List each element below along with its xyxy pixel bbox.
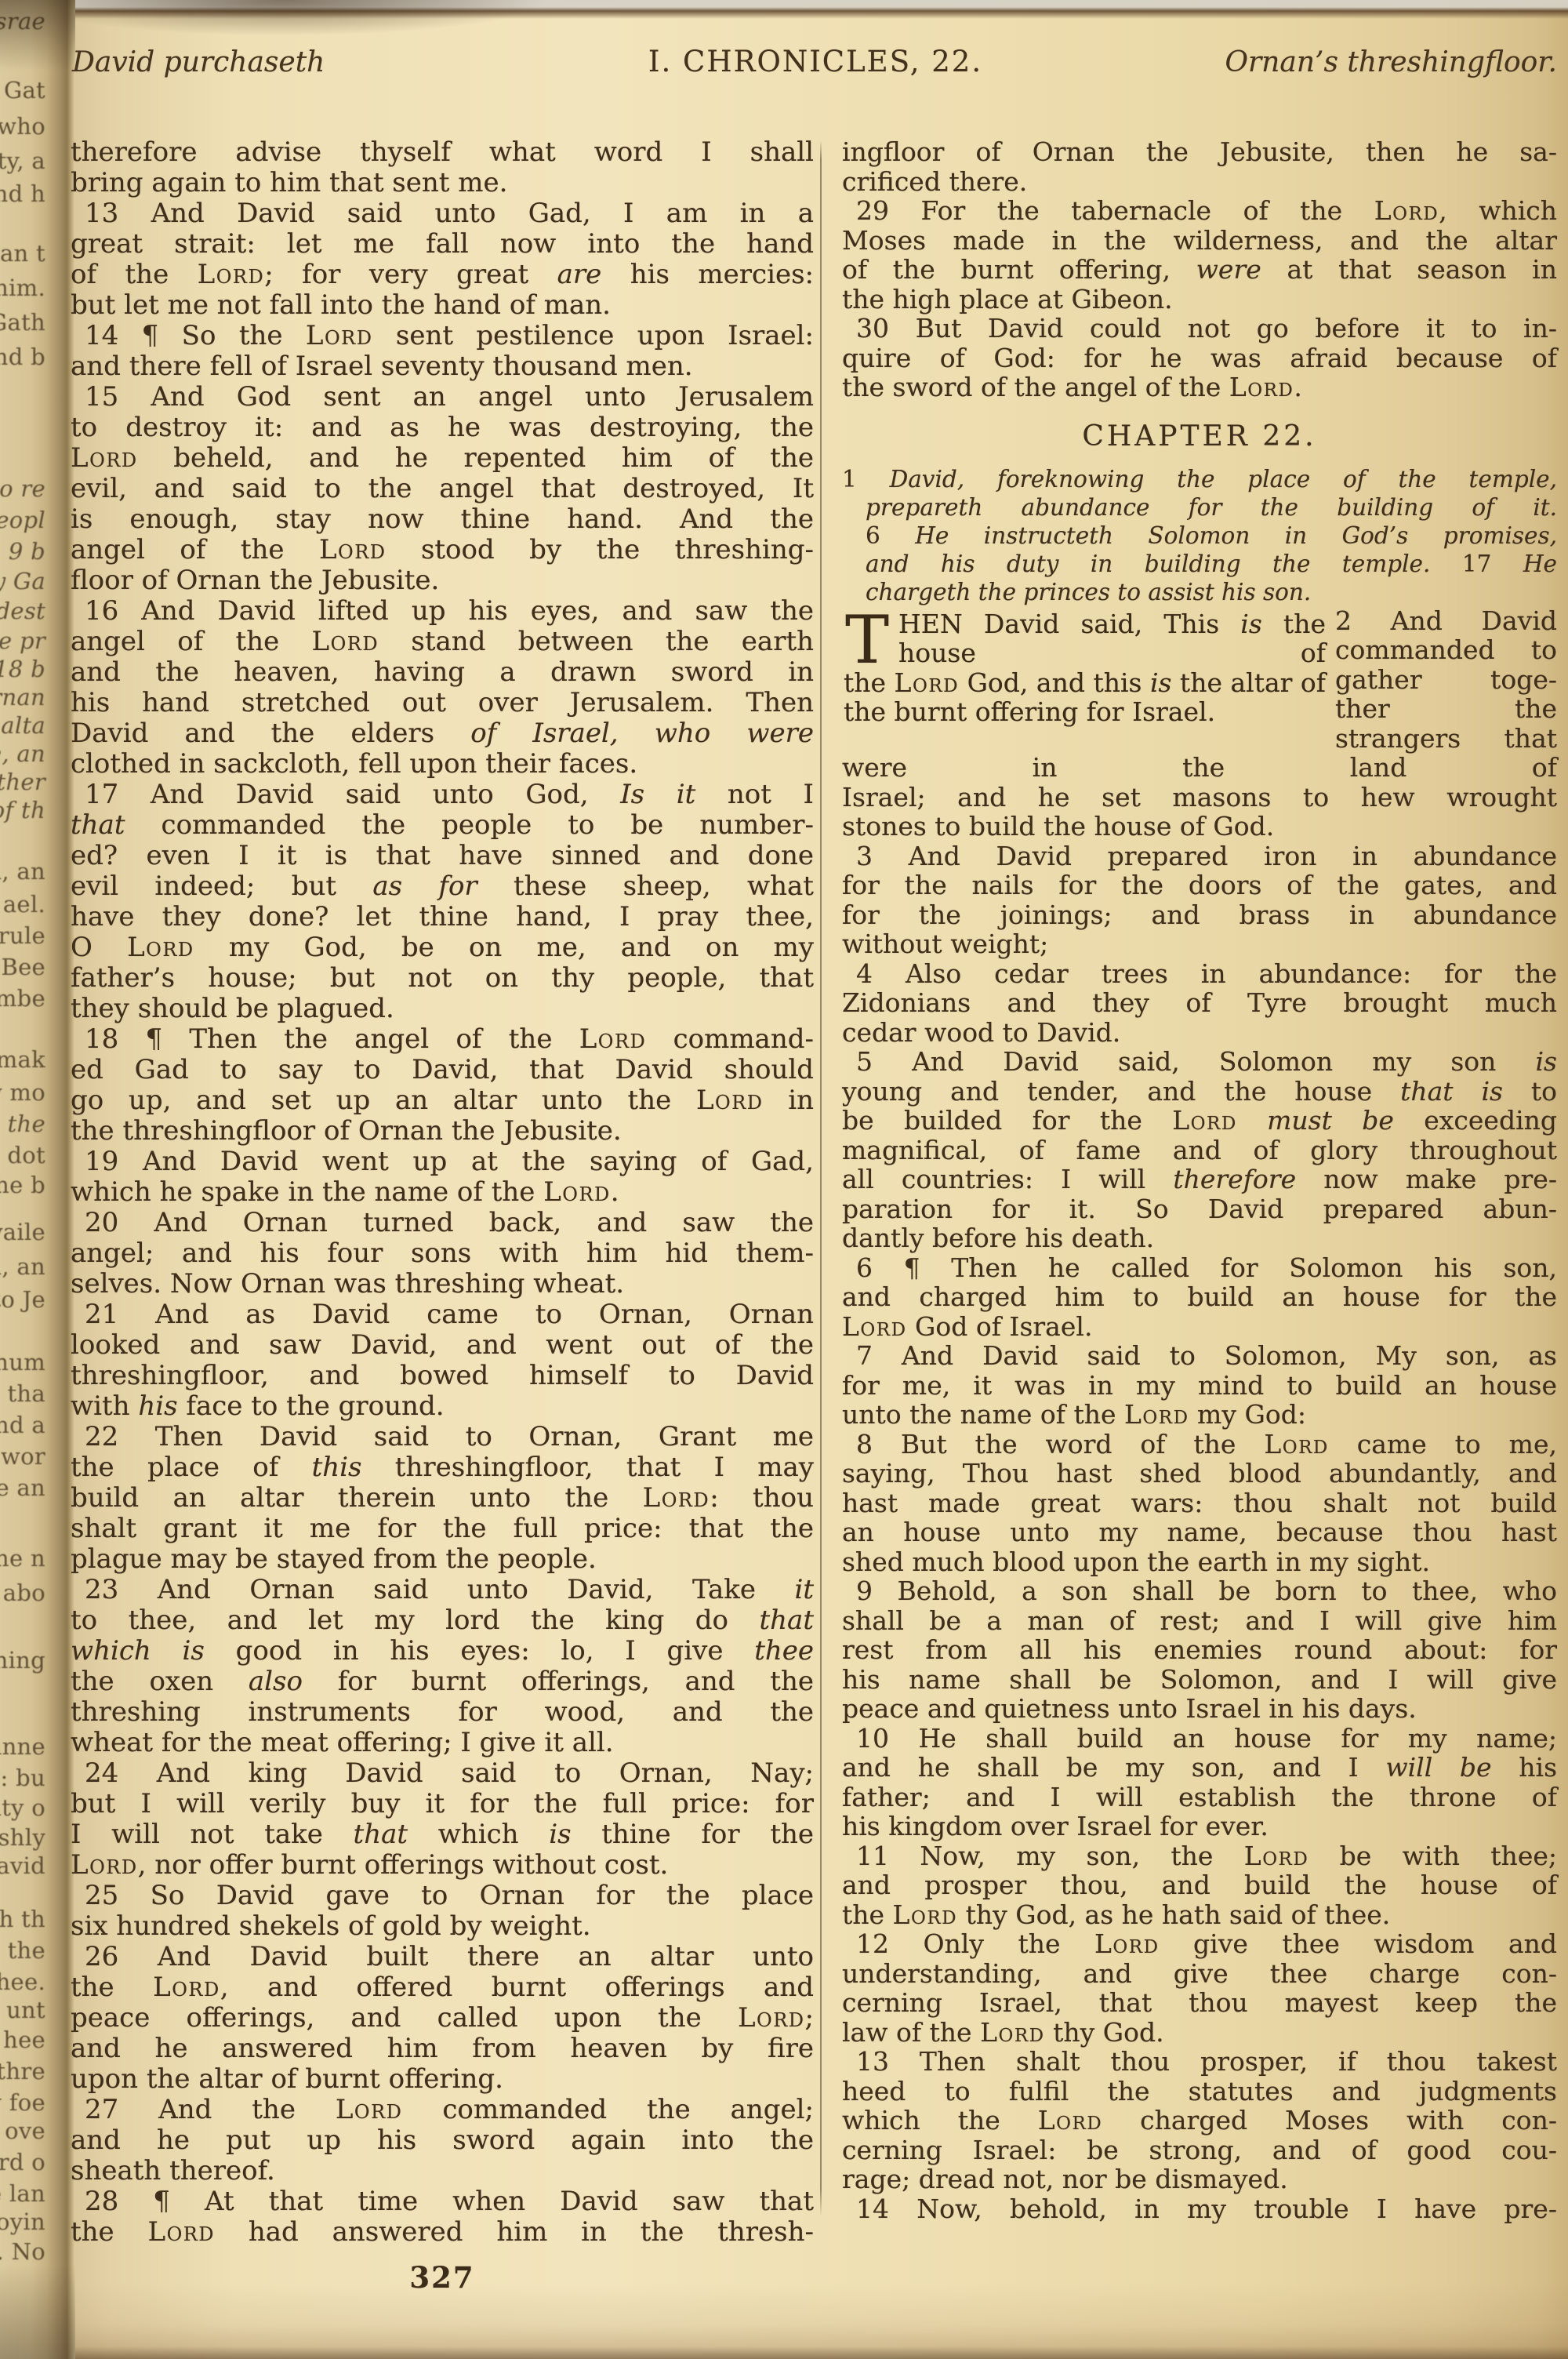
text-line: threshingfloor, and bowed himself to Dav… [71,1361,814,1391]
text-line: saying, Thou hast shed blood abundantly,… [842,1459,1557,1488]
styled-word: that [760,1605,815,1636]
styled-word: thee [754,1635,814,1667]
gutter-fragment: ng: bu [0,1766,45,1790]
gutter-fragment: all tha [0,1382,45,1405]
text-line: 1 David, foreknowing the place of the te… [842,465,1557,493]
text-line: but let me not fall into the hand of man… [71,290,814,321]
text-line: with his face to the ground. [71,1391,814,1422]
text-line: 7 And David said to Solomon, My son, as [842,1341,1557,1371]
gutter-fragment: to re [0,477,45,500]
text-line: to thee, and let my lord the king do tha… [71,1605,814,1636]
text-line: ingfloor of Ornan the Jebusite, then he … [842,137,1557,167]
gutter-fragment: troyin [0,2210,45,2234]
small-caps-word: Lord [1229,372,1294,402]
gutter-fragment: fire, an [0,742,45,765]
text-line: 19 And David went up at the saying of Ga… [71,1147,814,1177]
text-line: 16 And David lifted up his eyes, and saw… [71,596,814,627]
gutter-fragment: sinne [0,1735,45,1758]
text-line: Lord God of Israel. [842,1312,1557,1342]
text-line: therefore advise thyself what word I sha… [71,137,814,168]
text-line: father’s house; but not on thy people, t… [71,963,814,994]
gutter-fragment: and b [0,345,45,369]
text-line: but I will verily buy it for the full pr… [71,1789,814,1819]
text-line: prepareth abundance for the building of … [842,493,1557,522]
text-line: ed? even I it is that have sinned and do… [71,841,814,871]
styled-word: that [354,1819,408,1850]
text-line: and charged him to build an house for th… [842,1282,1557,1312]
styled-word: 1 [842,466,857,493]
small-caps-word: Lord [198,259,265,290]
text-line: and his duty in building the temple. 17 … [842,550,1557,578]
text-line: for me, it was in my mind to build an ho… [842,1371,1557,1401]
text-line: cerning Israel: be strong, and of good c… [842,2135,1557,2165]
verse-paragraph: 14 ¶ So the Lord sent pestilence upon Is… [71,321,814,382]
small-caps-word: Lord [696,1085,764,1116]
text-line: and he answered him from heaven by fire [71,2034,814,2064]
text-line: 23 And Ornan said unto David, Take it [71,1575,814,1605]
text-line: 13 And David said unto Gad, I am in a [71,198,814,229]
text-line: 29 For the tabernacle of the Lord, which [842,196,1557,226]
gutter-fragment: n alta [0,714,45,737]
text-line: 15 And God sent an angel unto Jerusalem [71,382,814,413]
text-line: they should be plagued. [71,994,814,1024]
text-line: 5 And David said, Solomon my son is [842,1047,1557,1077]
text-line: Lord beheld, and he repented him of the [71,443,814,474]
text-line: is enough, stay now thine hand. And the [71,504,814,535]
text-line: shed much blood upon the earth in my sig… [842,1547,1557,1577]
gutter-fragment: revaile [0,1220,45,1244]
text-line: plague may be stayed from the people. [71,1544,814,1575]
text-line: 18 ¶ Then the angel of the Lord command- [71,1024,814,1055]
text-line: which the Lord charged Moses with con- [842,2106,1557,2135]
text-line: for the nails for the doors of the gates… [842,871,1557,900]
gutter-fragment: David [0,1854,45,1877]
small-caps-word: Lord [1124,1399,1189,1430]
text-line: and he shall be my son, and I will be hi… [842,1753,1557,1783]
gutter-fragment: . 9 b [0,540,45,563]
styled-word: as for [372,871,477,902]
styled-word: which is [71,1635,205,1667]
text-line: hast made great wars: thou shalt not bui… [842,1488,1557,1518]
column-left: therefore advise thyself what word I sha… [71,137,814,2248]
text-line: 27 And the Lord commanded the angel; [71,2095,814,2125]
text-line: law of the Lord thy God. [842,2018,1557,2048]
text-line: 10 He shall build an house for my name; [842,1724,1557,1754]
text-line: go up, and set up an altar unto the Lord… [71,1085,814,1116]
verse-paragraph: 17 And David said unto God, Is it not It… [71,780,814,1024]
text-line: ed Gad to say to David, that David shoul… [71,1055,814,1085]
styled-word: his [138,1390,177,1422]
text-line: evil, and said to the angel that destroy… [71,474,814,504]
gutter-fragment: eth ther [0,770,45,794]
text-line: the burnt offering for Israel. [844,697,1326,727]
text-line: of the Lord; for very great are his merc… [71,260,814,290]
text-line: 4 Also cedar trees in abundance: for the [842,959,1557,989]
text-line: the threshingfloor of Ornan the Jebusite… [71,1116,814,1147]
small-caps-word: Lord [1374,195,1439,226]
gutter-fragment: e lan [0,2182,45,2205]
verse-paragraph: 20 And Ornan turned back, and saw theang… [71,1208,814,1299]
text-line: shalt grant it me for the full price: th… [71,1514,814,1544]
text-line: his name shall be Solomon, and I will gi… [842,1665,1557,1695]
styled-word: is [1240,609,1262,639]
text-line: rage; dread not, nor be dismayed. [842,2165,1557,2194]
text-line: Zidonians and they of Tyre brought much [842,988,1557,1018]
gutter-fragment: Israe [0,9,45,33]
text-line: crificed there. [842,167,1557,197]
verse-paragraph: 16 And David lifted up his eyes, and saw… [71,596,814,780]
text-line: 20 And Ornan turned back, and saw the [71,1208,814,1238]
text-line: the high place at Gibeon. [842,285,1557,314]
gutter-fragment: ore an [0,1476,45,1499]
small-caps-word: Lord [1172,1105,1237,1136]
small-caps-word: Lord [643,1482,710,1514]
small-caps-word: Lord [71,1849,138,1881]
gutter-fragment: e num [0,1350,45,1374]
gutter-fragment: m Bee [0,955,45,979]
text-line: David and the elders of Israel, who were [71,718,814,749]
gutter-fragment: . by Ga [0,569,45,593]
gutter-fragment: and h [0,182,45,205]
continued-paragraph: ingfloor of Ornan the Jebusite, then he … [842,137,1557,196]
text-line: his hand stretched out over Jerusalem. T… [71,688,814,718]
chapter-heading: CHAPTER 22. [842,420,1557,454]
text-line: and there fell of Israel seventy thousan… [71,351,814,382]
verse-paragraph: 23 And Ornan said unto David, Take itto … [71,1575,814,1758]
text-line: the Lord, and offered burnt offerings an… [71,1972,814,2003]
gutter-fragment: numbe [0,987,45,1010]
small-caps-word: Lord [893,1899,958,1930]
small-caps-word: Lord [980,2017,1045,2048]
text-line: that commanded the people to be number- [71,810,814,841]
text-line: the oxen also for burnt offerings, and t… [71,1667,814,1697]
text-line: wheat for the meat offering; I give it a… [71,1728,814,1758]
gutter-fragment: hee [3,2028,45,2052]
verse-paragraph: 9 Behold, a son shall be born to thee, w… [842,1576,1557,1724]
small-caps-word: Lord [579,1023,647,1055]
verse-paragraph: 22 Then David said to Ornan, Grant methe… [71,1422,814,1575]
text-line: 11 Now, my son, the Lord be with thee; [842,1841,1557,1871]
gutter-fragment: Ornan [0,685,45,709]
verse-paragraph: 25 So David gave to Ornan for the places… [71,1881,814,1942]
styled-word: is [1536,1046,1558,1077]
styled-word: will be [1385,1752,1491,1783]
verse-paragraph: 21 And as David came to Ornan, Ornanlook… [71,1299,814,1422]
small-caps-word: Lord [1038,2105,1103,2135]
gutter-fragment: . 18 b [0,657,45,681]
text-line: an house unto my name, because thou hast [842,1518,1557,1547]
text-line: threshing instruments for wood, and the [71,1697,814,1728]
text-line: 25 So David gave to Ornan for the place [71,1881,814,1911]
styled-word: it [794,1574,814,1605]
text-line: floor of Ornan the Jebusite. [71,565,814,596]
gutter-fragment: ay mo [0,1081,45,1104]
gutter-fragment: vas abo [0,1581,45,1605]
gutter-fragment: e peopl [0,508,45,532]
verse-paragraph: 8 But the word of the Lord came to me,sa… [842,1430,1557,1577]
text-line: clothed in sackcloth, fell upon their fa… [71,749,814,780]
gutter-fragment: quity o [0,1796,45,1819]
verse-paragraph: 6 ¶ Then he called for Solomon his son,a… [842,1253,1557,1342]
verse-paragraph: 3 And David prepared iron in abundancefo… [842,841,1557,959]
gutter-fragment: nty, a [0,149,45,173]
gutter-fragment: o mak [0,1048,45,1071]
gutter-fragment: r thre [0,2059,45,2083]
small-caps-word: Lord [842,1311,907,1342]
text-line: sheath thereof. [71,2156,814,2186]
small-caps-word: Lord [306,320,373,351]
verse-paragraph: 27 And the Lord commanded the angel;and … [71,2095,814,2186]
small-caps-word: Lord [71,442,138,474]
text-line: and the heaven, having a drawn sword in [71,657,814,688]
text-line: young and tender, and the house that is … [842,1077,1557,1107]
text-line: dantly before his death. [842,1223,1557,1253]
small-caps-word: Lord [543,1176,611,1208]
gutter-fragment: l he n [0,1547,45,1570]
gutter-fragment: s thing [0,1648,45,1672]
verse-paragraph: 24 And king David said to Ornan, Nay;but… [71,1758,814,1881]
text-line: magnifical, of fame and of glory through… [842,1136,1557,1165]
text-line: great strait: let me fall now into the h… [71,229,814,260]
gutter-fragment: ael, an [0,860,45,883]
styled-word: this [312,1452,362,1483]
text-line: HEN David said, This is the house of [844,609,1326,668]
styled-word: 17 [1462,551,1492,577]
small-caps-word: Lord [336,2094,403,2125]
gutter-fragment: y foe [0,2091,45,2114]
text-line: 17 And David said unto God, Is it not I [71,780,814,810]
verse-paragraph: 13 Then shalt thou prosper, if thou take… [842,2047,1557,2194]
text-line: have they done? let thine hand, I pray t… [71,902,814,932]
text-line: the place of this threshingfloor, that I… [71,1452,814,1483]
gutter-fragment: en dot [0,1143,45,1167]
verse-paragraph: 30 But David could not go before it to i… [842,314,1557,402]
gutter-previous-page-edge: Israet Gat, whonty, aand hhan thim.n Gat… [0,0,75,2359]
gutter-fragment: and a [0,1413,45,1437]
styled-word: of Israel, who were [470,718,814,749]
verse-paragraph: 4 Also cedar trees in abundance: for the… [842,959,1557,1048]
text-line: heed to fulfil the statutes and judgment… [842,2077,1557,2106]
running-head-right: Ornan’s threshingfloor. [1225,46,1557,78]
text-line: angel; and his four sons with him hid th… [71,1238,814,1269]
text-line: looked and saw David, and went out of th… [71,1330,814,1361]
text-line: all countries: I will therefore now make… [842,1165,1557,1194]
gutter-fragment: olishly [0,1826,45,1849]
gutter-fragment: n Gath [0,311,45,334]
verse-paragraph: 26 And David built there an altar untoth… [71,1942,814,2095]
text-line: cerning Israel, that thou mayest keep th… [842,1988,1557,2018]
gutter-fragment: ose the [0,1939,45,1962]
text-line: 24 And king David said to Ornan, Nay; [71,1758,814,1789]
text-line: 14 Now, behold, in my trouble I have pre… [842,2194,1557,2224]
small-caps-word: Lord [147,2216,215,2248]
text-line: 26 And David built there an altar unto [71,1942,814,1972]
verse-paragraph: 19 And David went up at the saying of Ga… [71,1147,814,1208]
gutter-fragment: ted, an [0,1255,45,1278]
text-line: 14 ¶ So the Lord sent pestilence upon Is… [71,321,814,351]
gutter-fragment: id unt [0,1998,45,2022]
text-line: 22 Then David said to Ornan, Grant me [71,1422,814,1452]
text-line: 6 ¶ Then he called for Solomon his son, [842,1253,1557,1283]
text-line: be builded for the Lord must be exceedin… [842,1106,1557,1136]
gutter-fragment: e to Je [0,1288,45,1311]
verse-paragraph: 10 He shall build an house for my name;a… [842,1724,1557,1841]
text-line: for the joinings; and brass in abundance [842,900,1557,930]
text-line: Israel; and he set masons to hew wrought [842,783,1557,812]
text-line: the Lord had answered him in the thresh- [71,2217,814,2248]
text-line: angel of the Lord stand between the eart… [71,627,814,657]
gutter-fragment: es ove [0,2119,45,2143]
gutter-fragment: him. [0,276,45,300]
bible-page-photo: Israet Gat, whonty, aand hhan thim.n Gat… [0,0,1568,2359]
page-number: 327 [364,2260,521,2295]
continued-paragraph: therefore advise thyself what word I sha… [71,137,814,198]
gutter-fragment: han t [0,242,45,265]
text-line: Lord, nor offer burnt offerings without … [71,1850,814,1881]
text-line: quire of God: for he was afraid because … [842,343,1557,373]
text-line: stones to build the house of God. [842,812,1557,841]
text-line: unto the name of the Lord my God: [842,1400,1557,1430]
text-line: his kingdom over Israel for ever. [842,1812,1557,1841]
text-line: and prosper thou, and build the house of [842,1870,1557,1900]
gutter-fragment: aith th [0,1907,45,1931]
chapter-summary: 1 David, foreknowing the place of the te… [842,465,1557,606]
verse-paragraph: 18 ¶ Then the angel of the Lord command-… [71,1024,814,1147]
column-right: ingfloor of Ornan the Jebusite, then he … [842,137,1560,2248]
styled-word: is [1150,667,1172,698]
small-caps-word: Lord [312,626,379,657]
styled-word: 6 [866,522,880,549]
text-line: bring again to him that sent me. [71,168,814,198]
text-line: Moses made in the wilderness, and the al… [842,226,1557,256]
styled-word: that is [1400,1076,1503,1107]
verse-paragraph: 15 And God sent an angel unto Jerusalemt… [71,382,814,596]
text-line: angel of the Lord stood by the threshing… [71,535,814,565]
text-line: 8 But the word of the Lord came to me, [842,1430,1557,1459]
gutter-fragment: hee. [0,1970,45,1994]
text-line: rest from all his enemies round about: f… [842,1635,1557,1665]
text-line: 13 Then shalt thou prosper, if thou take… [842,2047,1557,2077]
text-line: peace offerings, and called upon the Lor… [71,2003,814,2034]
verse-paragraph: 28 ¶ At that time when David saw thatthe… [71,2186,814,2248]
gutter-fragment: r of th [0,798,45,822]
small-caps-word: Lord [319,534,387,565]
verse-paragraph: 5 And David said, Solomon my son isyoung… [842,1047,1557,1253]
styled-word: therefore [1173,1164,1296,1194]
verse-paragraph: 29 For the tabernacle of the Lord, which… [842,196,1557,314]
verse-paragraph: 12 Only the Lord give thee wisdom andund… [842,1929,1557,2047]
gutter-fragment: l. No [0,2240,45,2263]
text-line: 21 And as David came to Ornan, Ornan [71,1299,814,1330]
text-line: which is good in his eyes: lo, I give th… [71,1636,814,1667]
text-line: 3 And David prepared iron in abundance [842,841,1557,871]
text-line: peace and quietness unto Israel in his d… [842,1694,1557,1724]
text-line: the Lord God, and this is the altar of [844,668,1326,698]
gutter-fragment: ance pr [0,629,45,652]
column-divider-rule [820,140,822,2216]
gutter-fragment: are the [0,1112,45,1136]
gutter-fragment: word o [0,2150,45,2174]
text-line: understanding, and give thee charge con- [842,1959,1557,1989]
text-line: paration for it. So David prepared abun- [842,1194,1557,1224]
small-caps-word: Lord [153,1972,220,2003]
text-line: which he spake in the name of the Lord. [71,1177,814,1208]
styled-word: were [1196,254,1261,285]
styled-word: also [249,1666,303,1697]
gutter-fragment: t Gat [0,78,45,102]
text-line: 30 But David could not go before it to i… [842,314,1557,343]
text-line: build an altar therein unto the Lord: th… [71,1483,814,1514]
small-caps-word: Lord [738,2002,805,2034]
text-line: the Lord thy God, as he hath said of the… [842,1900,1557,1930]
gutter-fragment: ll he b [0,1173,45,1197]
small-caps-word: Lord [1244,1841,1309,1871]
styled-word: Is it [620,779,695,810]
gutter-fragment: e rule [0,924,45,947]
text-line: father; and I will establish the throne … [842,1783,1557,1812]
gutter-fragment: , who [0,114,45,138]
text-line: 12 Only the Lord give thee wisdom and [842,1929,1557,1959]
verse-paragraph: 14 Now, behold, in my trouble I have pre… [842,2194,1557,2224]
text-line: chargeth the princes to assist his son. [842,578,1557,606]
text-line: cedar wood to David. [842,1018,1557,1048]
text-line: six hundred shekels of gold by weight. [71,1911,814,1942]
styled-word: that [71,809,125,841]
styled-word: must be [1267,1105,1394,1136]
text-line: and he put up his sword again into the [71,2125,814,2156]
verse-paragraph: 13 And David said unto Gad, I am in agre… [71,198,814,321]
dropcap-letter: T [844,612,898,667]
small-caps-word: Lord [1094,1928,1160,1959]
gutter-fragment: swor [0,1445,45,1468]
text-line: O Lord my God, be on me, and on my [71,932,814,963]
small-caps-word: Lord [895,667,960,698]
text-line: evil indeed; but as for these sheep, wha… [71,871,814,902]
two-column-text: therefore advise thyself what word I sha… [71,137,1560,2248]
verse-paragraph-dropcap: THEN David said, This is the house ofthe… [842,609,1335,727]
text-line: of the burnt offering, were at that seas… [842,255,1557,285]
text-line: without weight; [842,929,1557,959]
styled-word: are [557,259,602,290]
printed-page-content: David purchaseth I. CHRONICLES, 22. Orna… [71,41,1560,2248]
gutter-fragment: ael. [3,892,45,916]
running-head: David purchaseth I. CHRONICLES, 22. Orna… [71,41,1560,78]
text-line: shall be a man of rest; and I will give … [842,1606,1557,1636]
text-line: upon the altar of burnt offering. [71,2064,814,2095]
styled-word: is [549,1819,571,1850]
verse-paragraph: 11 Now, my son, the Lord be with thee;an… [842,1841,1557,1930]
small-caps-word: Lord [1264,1429,1329,1459]
text-line: selves. Now Ornan was threshing wheat. [71,1269,814,1299]
gutter-fragment: he dest [0,599,45,623]
text-line: 28 ¶ At that time when David saw that [71,2186,814,2217]
text-line: 6 He instructeth Solomon in God’s promis… [842,522,1557,550]
verse-paragraph: 7 And David said to Solomon, My son, asf… [842,1341,1557,1430]
text-line: to destroy it: and as he was destroying,… [71,413,814,443]
small-caps-word: Lord [127,932,194,963]
text-line: 9 Behold, a son shall be born to thee, w… [842,1576,1557,1606]
text-line: I will not take that which is thine for … [71,1819,814,1850]
text-line: the sword of the angel of the Lord. [842,373,1557,402]
